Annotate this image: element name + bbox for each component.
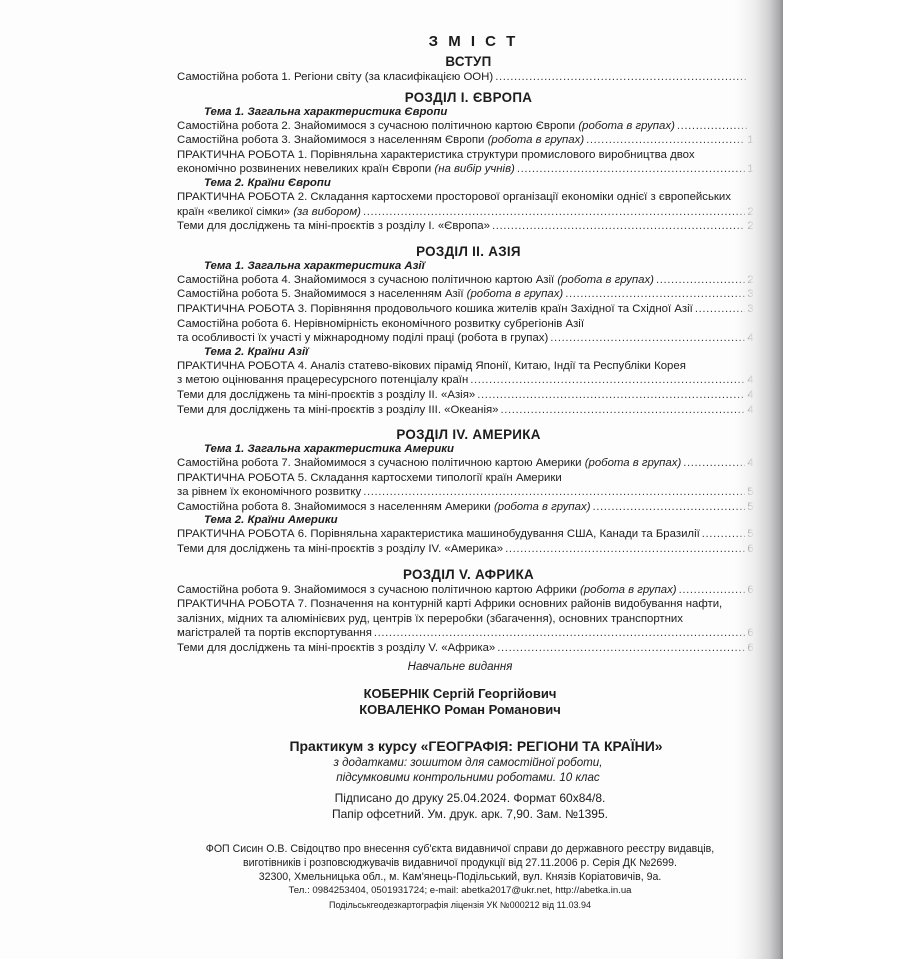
toc-entry-note: (робота в групах): [467, 288, 564, 300]
section-title: РОЗДІЛ І. ЄВРОПА: [177, 89, 760, 106]
dot-leader: [517, 162, 745, 177]
toc-entry[interactable]: Самостійна робота 4. Знайомимося з сучас…: [177, 273, 760, 288]
print-info: Підписано до друку 25.04.2024. Формат 60…: [160, 790, 780, 822]
toc-entry[interactable]: ПРАКТИЧНА РОБОТА 3. Порівняння продоволь…: [177, 302, 760, 317]
toc-entry[interactable]: ПРАКТИЧНА РОБОТА 6. Порівняльна характер…: [177, 527, 760, 542]
publisher-license: Подільськгеодезкартографія ліцензія УК №…: [150, 898, 770, 912]
intro-title: ВСТУП: [177, 53, 760, 70]
toc-entry[interactable]: Теми для досліджень та міні-проєктів з р…: [177, 542, 760, 557]
toc-entry-text: Теми для досліджень та міні-проєктів з р…: [177, 403, 498, 418]
toc-entry-text: Самостійна робота 3. Знайомимося з насел…: [177, 133, 584, 148]
dot-leader: [470, 373, 745, 388]
topic-title: Тема 1. Загальна характеристика Америки: [177, 443, 760, 456]
toc-entry[interactable]: Самостійна робота 2. Знайомимося з сучас…: [177, 119, 760, 134]
toc-entry[interactable]: ПРАКТИЧНА РОБОТА 2. Складання картосхеми…: [177, 190, 760, 219]
toc-entry-text: ПРАКТИЧНА РОБОТА 4. Аналіз статево-віков…: [177, 359, 760, 374]
dot-leader: [550, 331, 745, 346]
dot-leader: [505, 542, 745, 557]
toc-entry-text: ПРАКТИЧНА РОБОТА 3. Порівняння продоволь…: [177, 302, 693, 317]
dot-leader: [363, 485, 745, 500]
toc-entry-note: (робота в групах): [557, 274, 654, 286]
dot-leader: [492, 219, 745, 234]
author-name: КОБЕРНІК Сергій Георгійович: [150, 686, 770, 702]
toc-entry-text: Самостійна робота 1. Регіони світу (за к…: [177, 70, 493, 85]
toc-entry[interactable]: Самостійна робота 8. Знайомимося з насел…: [177, 500, 760, 515]
toc-entry[interactable]: ПРАКТИЧНА РОБОТА 7. Позначення на контур…: [177, 597, 760, 641]
toc-entry-text: ПРАКТИЧНА РОБОТА 2. Складання картосхеми…: [177, 190, 760, 205]
toc-entry-text: країн «великої сімки» (за вибором): [177, 205, 361, 220]
toc-entry-text: ПРАКТИЧНА РОБОТА 1. Порівняльна характер…: [177, 148, 760, 163]
section-title: РОЗДІЛ ІІ. АЗІЯ: [177, 243, 760, 260]
book-title: Практикум з курсу «ГЕОГРАФІЯ: РЕГІОНИ ТА…: [166, 738, 786, 755]
toc-entry-text: ПРАКТИЧНА РОБОТА 5. Складання картосхеми…: [177, 471, 760, 486]
dot-leader: [495, 70, 748, 85]
toc-entry-text: ПРАКТИЧНА РОБОТА 7. Позначення на контур…: [177, 597, 760, 612]
intro-entries: Самостійна робота 1. Регіони світу (за к…: [177, 70, 760, 85]
toc-entry-text: Теми для досліджень та міні-проєктів з р…: [177, 388, 475, 403]
table-of-contents: З М І С Т ВСТУП Самостійна робота 1. Рег…: [177, 32, 760, 656]
toc-entry[interactable]: Самостійна робота 9. Знайомимося з сучас…: [177, 583, 760, 598]
toc-entry-note: (за вибором): [293, 206, 361, 218]
dot-leader: [497, 641, 745, 656]
publisher-line: виготівників і розповсюджувачів видавнич…: [150, 856, 770, 870]
dot-leader: [363, 205, 745, 220]
toc-entry-text: Самостійна робота 2. Знайомимося з сучас…: [177, 119, 675, 134]
topic-title: Тема 2. Країни Америки: [177, 514, 760, 527]
toc-entry[interactable]: Самостійна робота 5. Знайомимося з насел…: [177, 287, 760, 302]
dot-leader: [593, 500, 746, 515]
toc-sections: РОЗДІЛ І. ЄВРОПАТема 1. Загальна характе…: [177, 89, 760, 656]
toc-entry-note: (робота в групах): [488, 134, 585, 146]
publisher-info: ФОП Сисин О.В. Свідоцтво про внесення су…: [150, 842, 770, 912]
authors: КОБЕРНІК Сергій Георгійович КОВАЛЕНКО Ро…: [150, 686, 770, 718]
publisher-line: 32300, Хмельницька обл., м. Кам'янець-По…: [150, 870, 770, 884]
edition-type: Навчальне видання: [150, 661, 770, 673]
print-info-line: Підписано до друку 25.04.2024. Формат 60…: [160, 790, 780, 806]
dot-leader: [586, 133, 745, 148]
toc-entry[interactable]: Теми для досліджень та міні-проєктів з р…: [177, 403, 760, 418]
toc-entry[interactable]: ПРАКТИЧНА РОБОТА 1. Порівняльна характер…: [177, 148, 760, 177]
book-subtitle: з додатками: зошитом для самостійної роб…: [158, 756, 778, 785]
dot-leader: [656, 273, 745, 288]
toc-entry[interactable]: Теми для досліджень та міні-проєктів з р…: [177, 219, 760, 234]
toc-entry[interactable]: Теми для досліджень та міні-проєктів з р…: [177, 388, 760, 403]
publisher-contacts: Тел.: 0984253404, 0501931724; e-mail: ab…: [150, 884, 770, 898]
toc-entry-text: Самостійна робота 7. Знайомимося з сучас…: [177, 456, 681, 471]
dot-leader: [374, 626, 745, 641]
toc-entry[interactable]: Самостійна робота 1. Регіони світу (за к…: [177, 70, 760, 85]
topic-title: Тема 2. Країни Азії: [177, 346, 760, 359]
section-title: РОЗДІЛ IV. АМЕРИКА: [177, 426, 760, 443]
toc-entry-text: Самостійна робота 5. Знайомимося з насел…: [177, 287, 563, 302]
section-title: РОЗДІЛ V. АФРИКА: [177, 566, 760, 583]
toc-entry[interactable]: Самостійна робота 6. Нерівномірність еко…: [177, 317, 760, 346]
subtitle-line: підсумковими контрольними роботами. 10 к…: [158, 771, 778, 786]
toc-entry-note: (робота в групах): [585, 457, 682, 469]
page-edge-shadow: [735, 0, 783, 959]
toc-entry-text: ПРАКТИЧНА РОБОТА 6. Порівняльна характер…: [177, 527, 700, 542]
toc-entry[interactable]: ПРАКТИЧНА РОБОТА 4. Аналіз статево-віков…: [177, 359, 760, 388]
subtitle-line: з додатками: зошитом для самостійної роб…: [158, 756, 778, 771]
toc-entry-text: Самостійна робота 6. Нерівномірність еко…: [177, 317, 760, 332]
toc-entry[interactable]: Самостійна робота 3. Знайомимося з насел…: [177, 133, 760, 148]
toc-entry-text: Теми для досліджень та міні-проєктів з р…: [177, 542, 503, 557]
toc-entry-text: Самостійна робота 8. Знайомимося з насел…: [177, 500, 591, 515]
toc-entry-note: (робота в групах): [494, 501, 591, 513]
topic-title: Тема 1. Загальна характеристика Європи: [177, 106, 760, 119]
dot-leader: [477, 388, 745, 403]
dot-leader: [565, 287, 745, 302]
author-name: КОВАЛЕНКО Роман Романович: [150, 702, 770, 718]
toc-entry-text: Самостійна робота 9. Знайомимося з сучас…: [177, 583, 677, 598]
toc-entry-text: залізних, мідних та алюмінієвих руд, цен…: [177, 612, 760, 627]
topic-title: Тема 1. Загальна характеристика Азії: [177, 260, 760, 273]
toc-entry[interactable]: Самостійна робота 7. Знайомимося з сучас…: [177, 456, 760, 471]
toc-entry-note: (на вибір учнів): [434, 163, 514, 175]
toc-entry-text: та особливості їх участі у міжнародному …: [177, 331, 548, 346]
document-page: З М І С Т ВСТУП Самостійна робота 1. Рег…: [0, 0, 770, 959]
topic-title: Тема 2. Країни Європи: [177, 177, 760, 190]
toc-entry-note: (робота в групах): [578, 120, 675, 132]
toc-entry-text: Теми для досліджень та міні-проєктів з р…: [177, 641, 495, 656]
publisher-line: ФОП Сисин О.В. Свідоцтво про внесення су…: [150, 842, 770, 856]
toc-entry-text: магістралей та портів експортування: [177, 626, 372, 641]
toc-entry-note: (робота в групах): [580, 584, 677, 596]
toc-title: З М І С Т: [187, 32, 760, 51]
toc-entry-text: за рівнем їх економічного розвитку: [177, 485, 361, 500]
toc-entry-text: економічно розвинених невеликих країн Єв…: [177, 162, 515, 177]
dot-leader: [500, 403, 745, 418]
print-info-line: Папір офсетний. Ум. друк. арк. 7,90. Зам…: [160, 806, 780, 822]
toc-entry[interactable]: ПРАКТИЧНА РОБОТА 5. Складання картосхеми…: [177, 471, 760, 500]
toc-entry-text: з метою оцінювання працересурсного потен…: [177, 373, 468, 388]
toc-entry-text: Теми для досліджень та міні-проєктів з р…: [177, 219, 490, 234]
toc-entry[interactable]: Теми для досліджень та міні-проєктів з р…: [177, 641, 760, 656]
toc-entry-text: Самостійна робота 4. Знайомимося з сучас…: [177, 273, 654, 288]
